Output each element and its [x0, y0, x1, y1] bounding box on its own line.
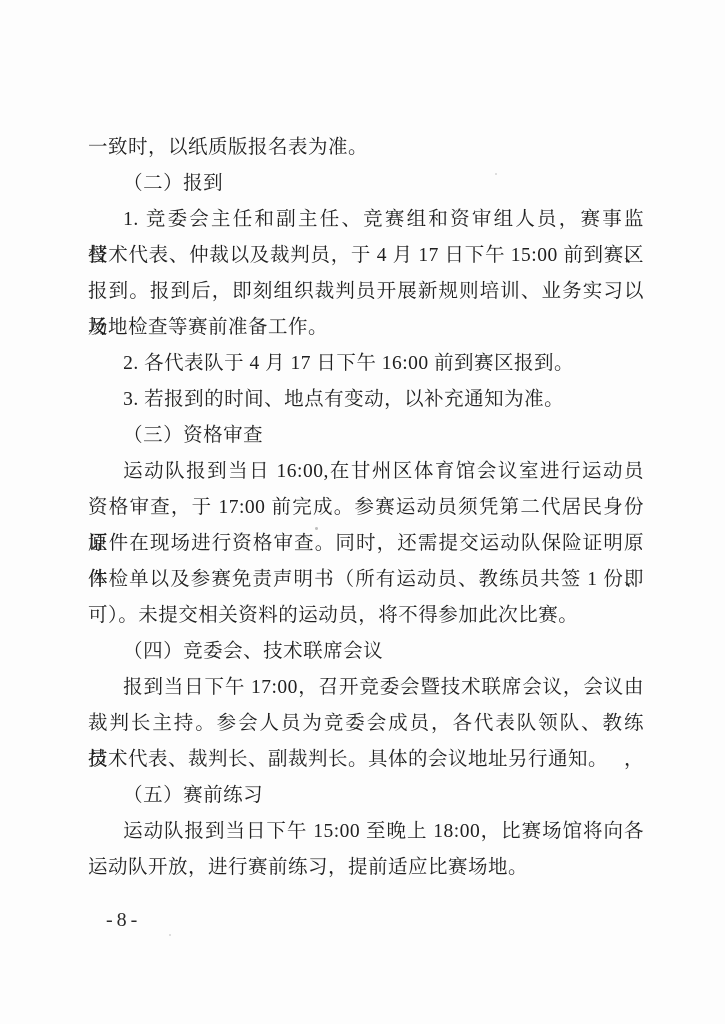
document-line: 技术代表、仲裁以及裁判员，于 4 月 17 日下午 15:00 前到赛区 [88, 238, 644, 274]
document-line: 报到当日下午 17:00，召开竞委会暨技术联席会议，会议由 [88, 670, 644, 706]
section-heading: （三）资格审查 [88, 418, 644, 454]
document-line: 体检单以及参赛免责声明书（所有运动员、教练员共签 1 份即 [88, 562, 644, 598]
document-body: 一致时，以纸质版报名表为准。（二）报到1. 竞委会主任和副主任、竞赛组和资审组人… [88, 130, 644, 886]
scan-speck [315, 527, 318, 530]
document-line: 可）。未提交相关资料的运动员，将不得参加此次比赛。 [88, 598, 644, 634]
document-line: 技术代表、裁判长、副裁判长。具体的会议地址另行通知。 [88, 742, 644, 778]
scan-speck [495, 173, 497, 175]
document-page: 一致时，以纸质版报名表为准。（二）报到1. 竞委会主任和副主任、竞赛组和资审组人… [0, 0, 725, 1024]
page-number: -8- [106, 902, 141, 938]
document-line: 运动队开放，进行赛前练习，提前适应比赛场地。 [88, 850, 644, 886]
document-line: 原件在现场进行资格审查。同时，还需提交运动队保险证明原件、 [88, 526, 644, 562]
document-line: 1. 竞委会主任和副主任、竞赛组和资审组人员，赛事监督、 [88, 202, 644, 238]
document-line: 3. 若报到的时间、地点有变动，以补充通知为准。 [88, 382, 644, 418]
section-heading: （四）竞委会、技术联席会议 [88, 634, 644, 670]
document-line: 2. 各代表队于 4 月 17 日下午 16:00 前到赛区报到。 [88, 346, 644, 382]
document-line: 运动队报到当日下午 15:00 至晚上 18:00，比赛场馆将向各 [88, 814, 644, 850]
section-heading: （五）赛前练习 [88, 778, 644, 814]
document-line: 资格审查，于 17:00 前完成。参赛运动员须凭第二代居民身份证 [88, 490, 644, 526]
document-line: 报到。报到后，即刻组织裁判员开展新规则培训、业务实习以及 [88, 274, 644, 310]
document-line: 一致时，以纸质版报名表为准。 [88, 130, 644, 166]
scan-speck [169, 934, 171, 936]
section-heading: （二）报到 [88, 166, 644, 202]
document-line: 场地检查等赛前准备工作。 [88, 310, 644, 346]
document-line: 运动队报到当日 16:00,在甘州区体育馆会议室进行运动员 [88, 454, 644, 490]
document-line: 裁判长主持。参会人员为竞委会成员，各代表队领队、教练员， [88, 706, 644, 742]
